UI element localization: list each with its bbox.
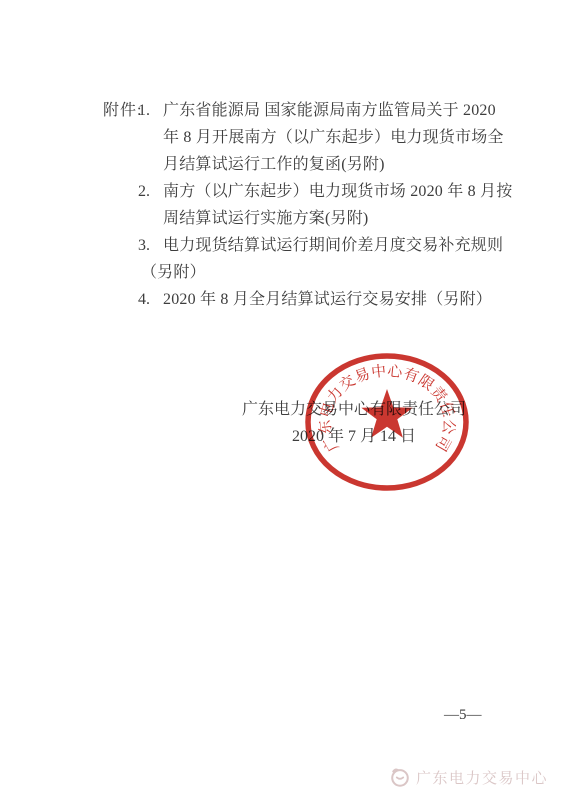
attachment-text-line: （另附） (141, 259, 528, 286)
attachment-item-4: 4. 2020 年 8 月全月结算试运行交易安排（另附） (138, 286, 528, 313)
attachment-text-line: 年 8 月开展南方（以广东起步）电力现货市场全 (163, 124, 528, 151)
attachment-text-line: 2020 年 8 月全月结算试运行交易安排（另附） (163, 286, 528, 313)
company-seal-stamp-icon: 广东电力交易中心有限责任公司 (297, 342, 477, 502)
attachment-text-line: 周结算试运行实施方案(另附) (163, 205, 528, 232)
footer-brand-text: 广东电力交易中心 (416, 767, 548, 788)
attachment-list: 1. 广东省能源局 国家能源局南方监管局关于 2020 年 8 月开展南方（以广… (138, 97, 528, 313)
attachment-number: 2. (138, 178, 150, 205)
attachment-number: 3. (138, 232, 150, 259)
page-number: —5— (444, 707, 482, 724)
seal-star-icon (361, 389, 412, 438)
attachment-item-2: 2. 南方（以广东起步）电力现货市场 2020 年 8 月按 周结算试运行实施方… (138, 178, 528, 232)
attachment-number: 1. (138, 97, 150, 124)
attachment-item-1: 1. 广东省能源局 国家能源局南方监管局关于 2020 年 8 月开展南方（以广… (138, 97, 528, 178)
attachment-text-line: 南方（以广东起步）电力现货市场 2020 年 8 月按 (163, 178, 528, 205)
attachment-item-3: 3. 电力现货结算试运行期间价差月度交易补充规则 （另附） (138, 232, 528, 286)
attachment-number: 4. (138, 286, 150, 313)
trading-center-logo-icon (389, 766, 411, 788)
attachment-label: 附件: (103, 97, 142, 124)
footer-watermark: 广东电力交易中心 (389, 764, 548, 790)
attachment-text-line: 电力现货结算试运行期间价差月度交易补充规则 (163, 232, 528, 259)
attachment-text-line: 广东省能源局 国家能源局南方监管局关于 2020 (163, 97, 528, 124)
attachment-text-line: 月结算试运行工作的复函(另附) (163, 151, 528, 178)
document-page: 附件: 1. 广东省能源局 国家能源局南方监管局关于 2020 年 8 月开展南… (0, 0, 566, 800)
